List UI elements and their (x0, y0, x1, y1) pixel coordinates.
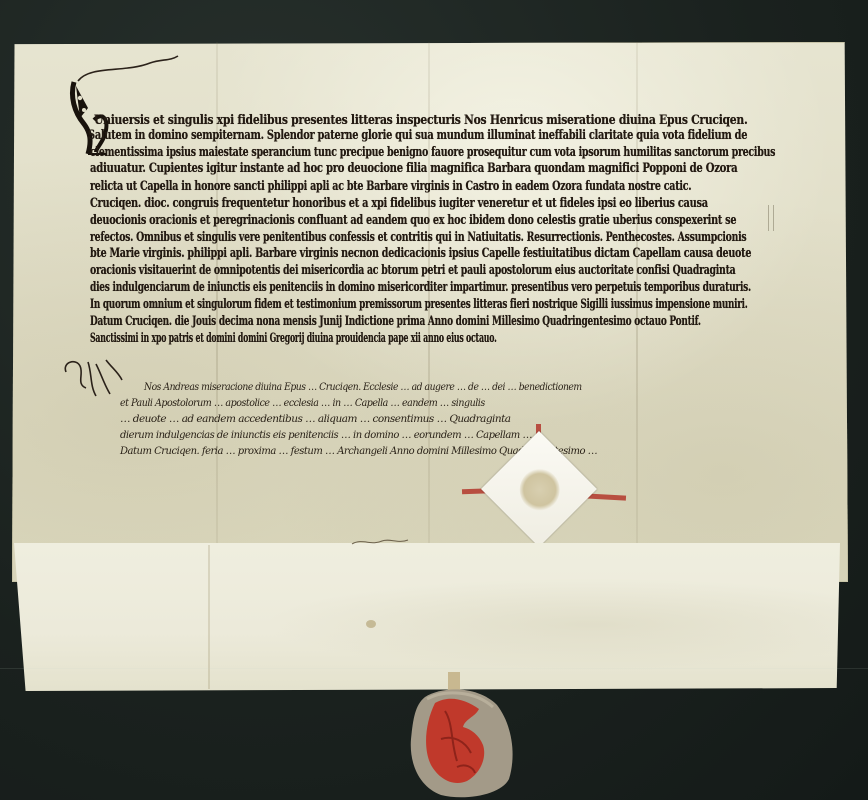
cord-slit-icon (350, 536, 410, 548)
text-line: Nos Andreas miseracione diuina Epus … Cr… (144, 382, 582, 393)
archive-mark (768, 205, 774, 231)
text-line: relicta ut Capella in honore sancti phil… (90, 178, 691, 193)
text-line: Uniuersis et singulis xpi fidelibus pres… (94, 112, 747, 127)
text-line: Sanctissimi in xpo patris et domini domi… (90, 330, 497, 345)
stain (366, 620, 376, 628)
text-line: Datum Cruciqen. die Jouis decima nona me… (90, 313, 701, 328)
text-line: refectos. Omnibus et singulis vere penit… (90, 229, 746, 244)
text-line: In quorum omnium et singulorum fidem et … (90, 296, 748, 311)
text-line: bte Marie virginis. philippi apli. Barba… (90, 245, 751, 260)
text-line: adiuuatur. Cupientes igitur instante ad … (90, 160, 737, 175)
notarial-initial-icon (62, 354, 142, 404)
text-line: clementissima ipsius maiestate speranciu… (90, 144, 775, 159)
text-line: deuocionis oracionis et peregrinacionis … (90, 212, 736, 227)
text-line: oracionis visitauerint de omnipotentis d… (90, 262, 735, 277)
text-line: Cruciqen. dioc. congruis frequentetur ho… (90, 195, 708, 210)
text-line: dierum indulgencias de iniunctis eis pen… (120, 430, 532, 441)
text-line: et Pauli Apostolorum … apostolice … eccl… (120, 398, 485, 409)
glass-reflection (0, 668, 868, 669)
seal-impression (520, 469, 560, 511)
text-line: dies indulgenciarum de iniunctis eis pen… (90, 279, 751, 294)
text-line: … deuote … ad eandem accedentibus … aliq… (120, 414, 511, 425)
text-line: Salutem in domino sempiternam. Splendor … (88, 127, 747, 142)
pendant-wax-seal-icon (405, 683, 517, 800)
